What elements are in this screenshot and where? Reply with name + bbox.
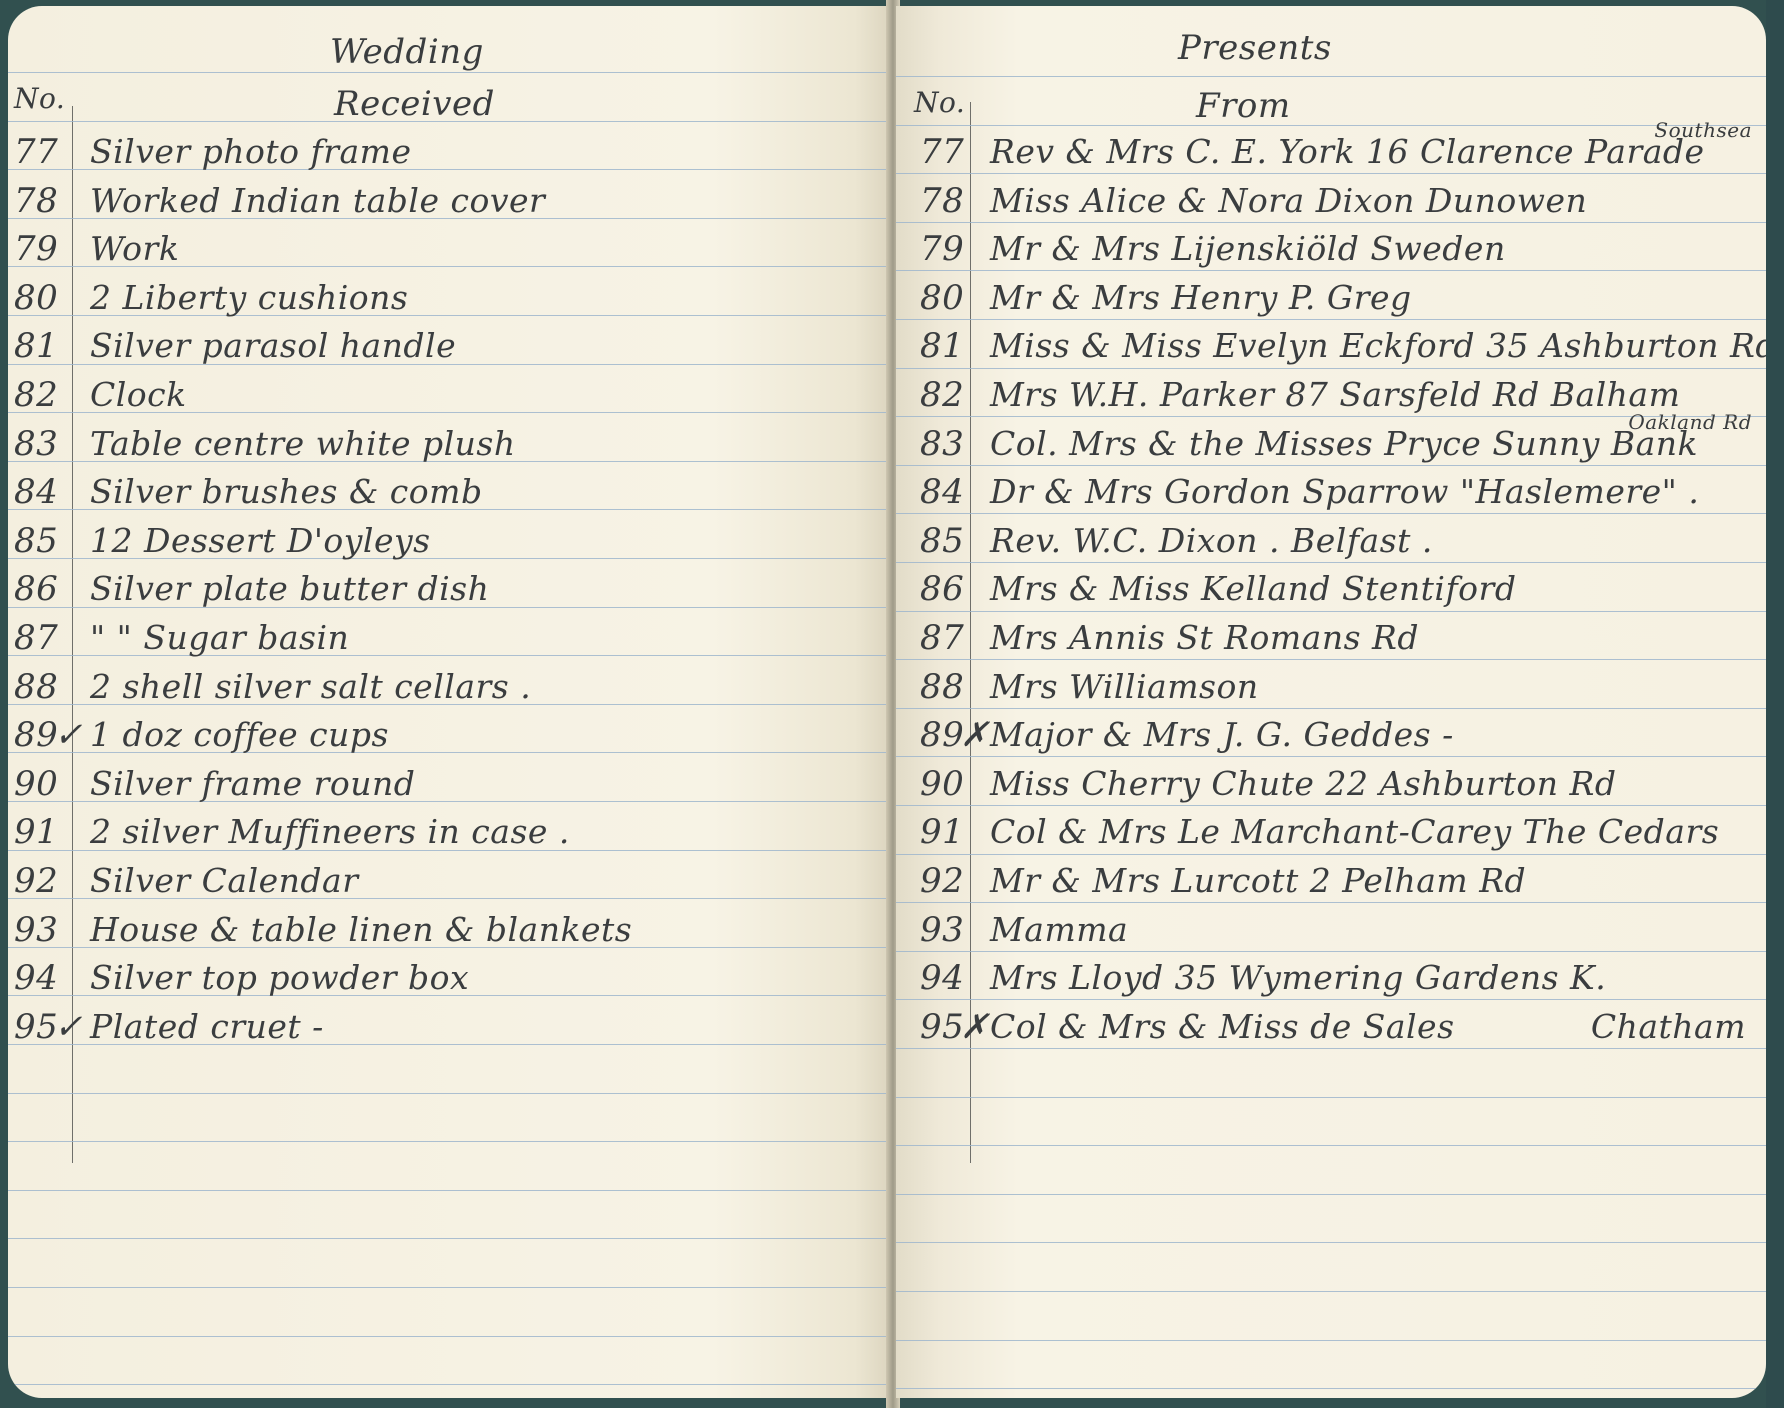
ruled-line [8,1287,890,1288]
ruled-line [896,902,1766,903]
giver-name: Miss & Miss Evelyn Eckford 35 Ashburton … [990,326,1766,365]
gift-description: Silver parasol handle [90,326,456,365]
giver-name: Mr & Mrs Henry P. Greg [990,278,1412,317]
entry-number: 81 [920,326,964,366]
giver-name: Mr & Mrs Lurcott 2 Pelham Rd [990,861,1526,900]
entry-number: 91 [920,812,964,852]
tick-mark-icon: ✗ [960,1007,989,1047]
giver-name: Dr & Mrs Gordon Sparrow "Haslemere" . [990,472,1699,511]
entry-number: 91 [14,812,58,852]
entry-number: 93 [920,910,964,950]
entry-number: 77 [920,132,964,172]
entry-number: 86 [14,569,58,609]
ruled-line [896,1242,1766,1243]
entry-number: 81 [14,326,58,366]
entry-number: 90 [14,764,58,804]
entry-number: 82 [14,375,58,415]
giver-name: Mrs W.H. Parker 87 Sarsfeld Rd Balham [990,375,1680,414]
gift-description: 2 Liberty cushions [90,278,408,317]
ruled-line [896,1145,1766,1146]
ruled-line [896,1194,1766,1195]
left-page-title: Wedding [330,32,484,72]
gift-description: Work [90,229,179,268]
entry-number: 80 [14,278,58,318]
ruled-line [8,72,890,73]
entry-number: 83 [920,424,964,464]
entry-number: 93 [14,910,58,950]
giver-name: Major & Mrs J. G. Geddes - [990,715,1454,754]
gift-description: 2 silver Muffineers in case . [90,812,570,851]
entry-number: 83 [14,424,58,464]
entry-number: 80 [920,278,964,318]
entry-number: 94 [920,958,964,998]
annotation-note: Chatham [1591,1007,1746,1046]
ruled-line [896,659,1766,660]
ruled-line [896,611,1766,612]
gift-description: Silver top powder box [90,958,469,997]
left-margin-line [72,106,73,1163]
entry-number: 94 [14,958,58,998]
ruled-line [896,1291,1766,1292]
ruled-line [896,999,1766,1000]
gift-description: " " Sugar basin [90,618,349,657]
ruled-line [896,805,1766,806]
entry-number: 85 [14,521,58,561]
entry-number: 77 [14,132,58,172]
ruled-line [8,1190,890,1191]
ruled-line [896,76,1766,77]
ruled-line [896,368,1766,369]
entry-number: 92 [920,861,964,901]
giver-name: Col & Mrs & Miss de Sales [990,1007,1455,1046]
ruled-line [896,756,1766,757]
left-no-header: No. [14,82,65,115]
entry-number: 79 [920,229,964,269]
giver-name: Rev. W.C. Dixon . Belfast . [990,521,1433,560]
gift-description: Plated cruet - [90,1007,324,1046]
ruled-line [896,270,1766,271]
ruled-line [896,125,1766,126]
gift-description: Silver frame round [90,764,415,803]
gift-description: 2 shell silver salt cellars . [90,667,531,706]
right-no-header: No. [914,86,965,119]
gift-description: Worked Indian table cover [90,181,545,220]
ruled-line [8,1093,890,1094]
ruled-line [8,1384,890,1385]
giver-name: Mrs & Miss Kelland Stentiford [990,569,1516,608]
tick-mark-icon: ✓ [54,715,83,755]
gift-description: 12 Dessert D'oyleys [90,521,431,560]
entry-number: 89 [920,715,964,755]
ruled-line [896,319,1766,320]
left-column-heading: Received [334,84,495,124]
ruled-line [8,1238,890,1239]
entry-number: 92 [14,861,58,901]
ruled-line [896,513,1766,514]
gift-description: Silver brushes & comb [90,472,483,511]
right-margin-line [970,102,971,1163]
giver-name: Mrs Lloyd 35 Wymering Gardens K. [990,958,1606,997]
gift-description: Silver photo frame [90,132,412,171]
giver-name: Col. Mrs & the Misses Pryce Sunny Bank [990,424,1698,463]
entry-number: 86 [920,569,964,609]
book-cover-edge [1766,0,1784,1408]
giver-name: Mr & Mrs Lijenskiöld Sweden [990,229,1506,268]
annotation-note: Southsea [1654,118,1752,142]
ruled-line [896,1340,1766,1341]
right-page: Presents No. From 77Rev & Mrs C. E. York… [896,6,1766,1398]
entry-number: 78 [14,181,58,221]
ruled-line [896,562,1766,563]
ruled-line [896,465,1766,466]
entry-number: 87 [920,618,964,658]
ruled-line [8,1141,890,1142]
entry-number: 88 [920,667,964,707]
giver-name: Mrs Annis St Romans Rd [990,618,1419,657]
gift-description: Table centre white plush [90,424,516,463]
entry-number: 95 [14,1007,58,1047]
entry-number: 82 [920,375,964,415]
entry-number: 95 [920,1007,964,1047]
entry-number: 84 [920,472,964,512]
gift-description: Clock [90,375,187,414]
giver-name: Mamma [990,910,1128,949]
entry-number: 78 [920,181,964,221]
gift-description: Silver Calendar [90,861,359,900]
gift-description: Silver plate butter dish [90,569,489,608]
ruled-line [896,1097,1766,1098]
right-page-title: Presents [1178,28,1332,68]
giver-name: Mrs Williamson [990,667,1259,706]
entry-number: 87 [14,618,58,658]
entry-number: 84 [14,472,58,512]
gift-description: House & table linen & blankets [90,910,632,949]
annotation-note: Oakland Rd [1628,410,1752,434]
ruled-line [896,1048,1766,1049]
entry-number: 79 [14,229,58,269]
entry-number: 88 [14,667,58,707]
giver-name: Col & Mrs Le Marchant-Carey The Cedars [990,812,1719,851]
notebook-spread: Wedding No. Received 77Silver photo fram… [0,0,1784,1408]
giver-name: Rev & Mrs C. E. York 16 Clarence Parade [990,132,1705,171]
ruled-line [896,951,1766,952]
right-column-heading: From [1196,86,1291,126]
ruled-line [8,1336,890,1337]
entry-number: 90 [920,764,964,804]
ruled-line [896,708,1766,709]
ruled-line [896,222,1766,223]
giver-name: Miss Alice & Nora Dixon Dunowen [990,181,1587,220]
gift-description: 1 doz coffee cups [90,715,389,754]
ruled-line [896,1388,1766,1389]
giver-name: Miss Cherry Chute 22 Ashburton Rd [990,764,1616,803]
entry-number: 85 [920,521,964,561]
left-page: Wedding No. Received 77Silver photo fram… [8,6,890,1398]
tick-mark-icon: ✗ [960,715,989,755]
entry-number: 89 [14,715,58,755]
ruled-line [896,173,1766,174]
tick-mark-icon: ✓ [54,1007,83,1047]
ruled-line [896,854,1766,855]
